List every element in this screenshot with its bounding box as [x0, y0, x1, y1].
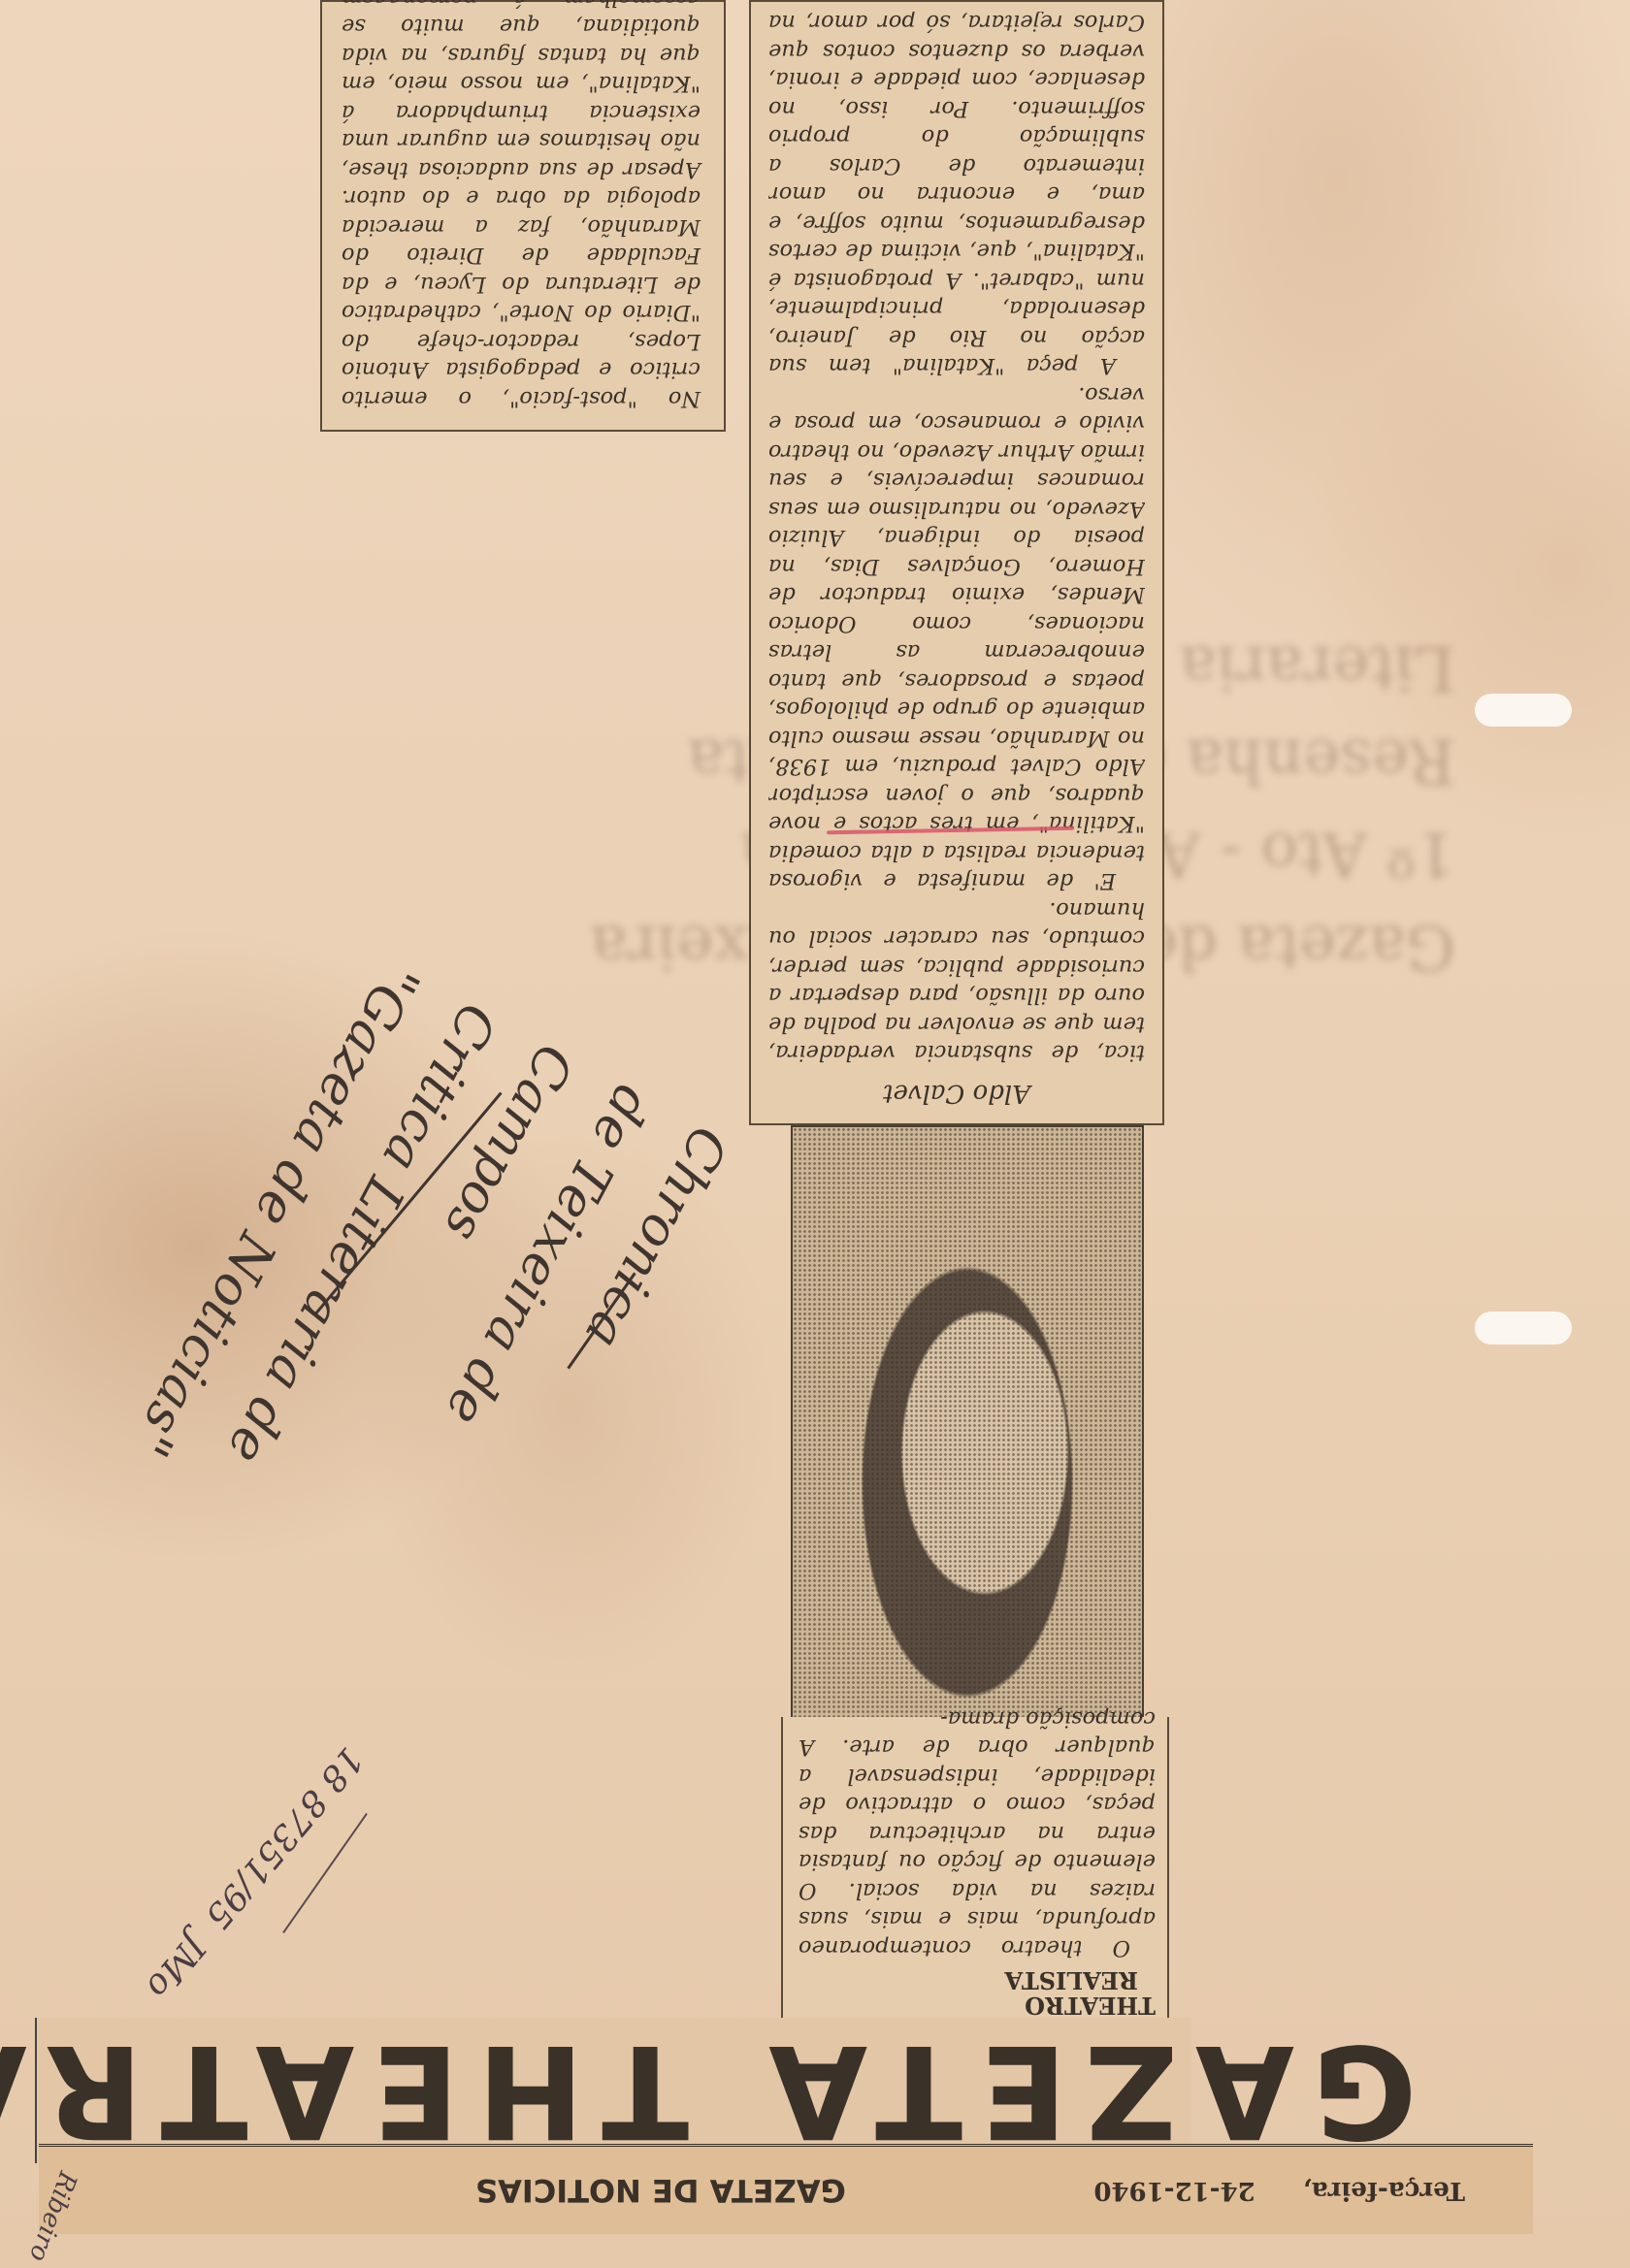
weekday-text: Terça-feira, — [1303, 2176, 1465, 2205]
publication-name: GAZETA DE NOTICIAS — [475, 2172, 846, 2209]
author-photo — [791, 1125, 1144, 1721]
publication-weekday: Terça-feira, 24-12-1940 — [1093, 2176, 1465, 2205]
photo-caption: Aldo Calvet — [768, 1079, 1145, 1108]
section-title-line1: THEATRO — [799, 1993, 1156, 2018]
masthead-banner: GAZETA THEATRAL — [35, 2018, 1191, 2163]
punch-hole — [1475, 1312, 1572, 1345]
punch-hole — [1475, 694, 1572, 727]
postscript-clipping: No "post-facio", o emerito critico e ped… — [320, 0, 726, 432]
article-intro-paragraph: O theatro contemporaneo aprofunda, mais … — [799, 1704, 1156, 1962]
publication-strip: Terça-feira, 24-12-1940 GAZETA DE NOTICI… — [39, 2144, 1533, 2234]
archive-number: 18 87351/95 JMo — [138, 1739, 371, 2006]
masthead-title: GAZETA THEATRAL — [0, 2016, 1417, 2165]
archive-initials: JMo — [138, 1927, 213, 2006]
postscript-text: No "post-facio", o emerito critico e ped… — [342, 0, 701, 412]
scanned-page: Gazeta de Noticias Teixeira 1º Ato - Abe… — [0, 0, 1630, 2268]
article-column: Aldo Calvet tica, de substancia verdadei… — [749, 0, 1164, 1125]
article-paragraph: tica, de substancia verdadeira, tem que … — [768, 895, 1145, 1067]
section-title-line2: REALISTA — [799, 1967, 1156, 1993]
article-paragraph: E' de manifesta e vigorosa tendencia rea… — [768, 380, 1145, 895]
article-intro-clipping: THEATRO REALISTA O theatro contemporaneo… — [781, 1717, 1169, 2037]
handwritten-note: Chronica de Teixeira de Campos Critica L… — [83, 947, 751, 1683]
section-title: THEATRO REALISTA — [799, 1967, 1156, 2018]
date-text: 24-12-1940 — [1093, 2176, 1255, 2205]
article-paragraph: A peça "Katalina" tem sua acção no Rio d… — [768, 12, 1145, 380]
archive-number-text: 18 87351/95 — [197, 1739, 371, 1935]
